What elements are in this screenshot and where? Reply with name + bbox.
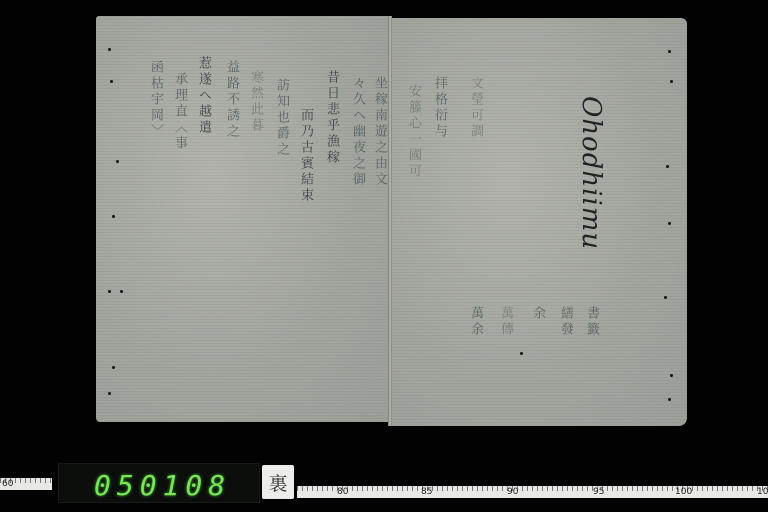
binding-hole — [668, 50, 671, 53]
left-page — [96, 16, 389, 422]
binding-hole — [108, 290, 111, 293]
handwritten-column: 萬傳 — [496, 306, 515, 338]
binding-hole — [668, 222, 671, 225]
handwritten-column: 函枯宇岡〉 — [146, 60, 165, 140]
measuring-ruler-right: 80 85 90 95 100 10 — [297, 486, 768, 498]
handwritten-column: 寒然此暮 — [246, 70, 265, 134]
handwritten-column: 而乃古賓結束 — [296, 108, 315, 204]
ruler-tick-label: 60 — [2, 479, 13, 489]
binding-hole — [112, 366, 115, 369]
handwritten-column: 書籤 — [582, 306, 601, 338]
binding-hole — [116, 160, 119, 163]
handwritten-column: 繕發 — [556, 306, 575, 338]
handwritten-column: 萬余 — [466, 306, 485, 338]
handwritten-column: 々久へ幽夜之御 — [348, 76, 367, 188]
ruler-tick-label: 10 — [757, 487, 768, 497]
ruler-tick-label: 95 — [593, 487, 604, 497]
binding-hole — [670, 374, 673, 377]
binding-hole — [668, 398, 671, 401]
ruler-tick-label: 100 — [675, 487, 692, 497]
binding-hole — [110, 80, 113, 83]
binding-hole — [670, 80, 673, 83]
measuring-ruler-left: 60 — [0, 478, 52, 490]
binding-hole — [108, 392, 111, 395]
handwritten-column: 益路不誘之 — [222, 60, 241, 140]
handwritten-column: 拝格衍与 — [430, 76, 449, 140]
binding-hole — [664, 296, 667, 299]
counter-value: 050108 — [94, 469, 231, 502]
side-label-text: 裏 — [268, 469, 287, 496]
ruler-tick-label: 80 — [337, 487, 348, 497]
binding-hole — [520, 352, 523, 355]
handwritten-column: 訪知也爵之 — [272, 78, 291, 158]
ruler-tick-label: 85 — [421, 487, 432, 497]
binding-hole — [112, 215, 115, 218]
signature: Ohodhiimu — [576, 96, 606, 250]
handwritten-column: 昔日悲乎漁稼 — [322, 70, 341, 166]
binding-hole — [120, 290, 123, 293]
handwritten-column: 余 — [528, 306, 547, 322]
handwritten-column: 文瑩可調 — [466, 76, 485, 140]
handwritten-column: 惹遂へ越遣 — [194, 56, 213, 136]
handwritten-column: 坐稼南遊之由文 — [370, 76, 389, 188]
binding-hole — [666, 165, 669, 168]
handwritten-column: 安籐心一國可 — [404, 84, 423, 180]
digital-frame-counter: 050108 — [58, 463, 260, 503]
ruler-tick-label: 90 — [507, 487, 518, 497]
handwritten-column: 承理直〈事 — [170, 72, 189, 152]
binding-hole — [108, 48, 111, 51]
side-label-card: 裏 — [262, 465, 294, 499]
